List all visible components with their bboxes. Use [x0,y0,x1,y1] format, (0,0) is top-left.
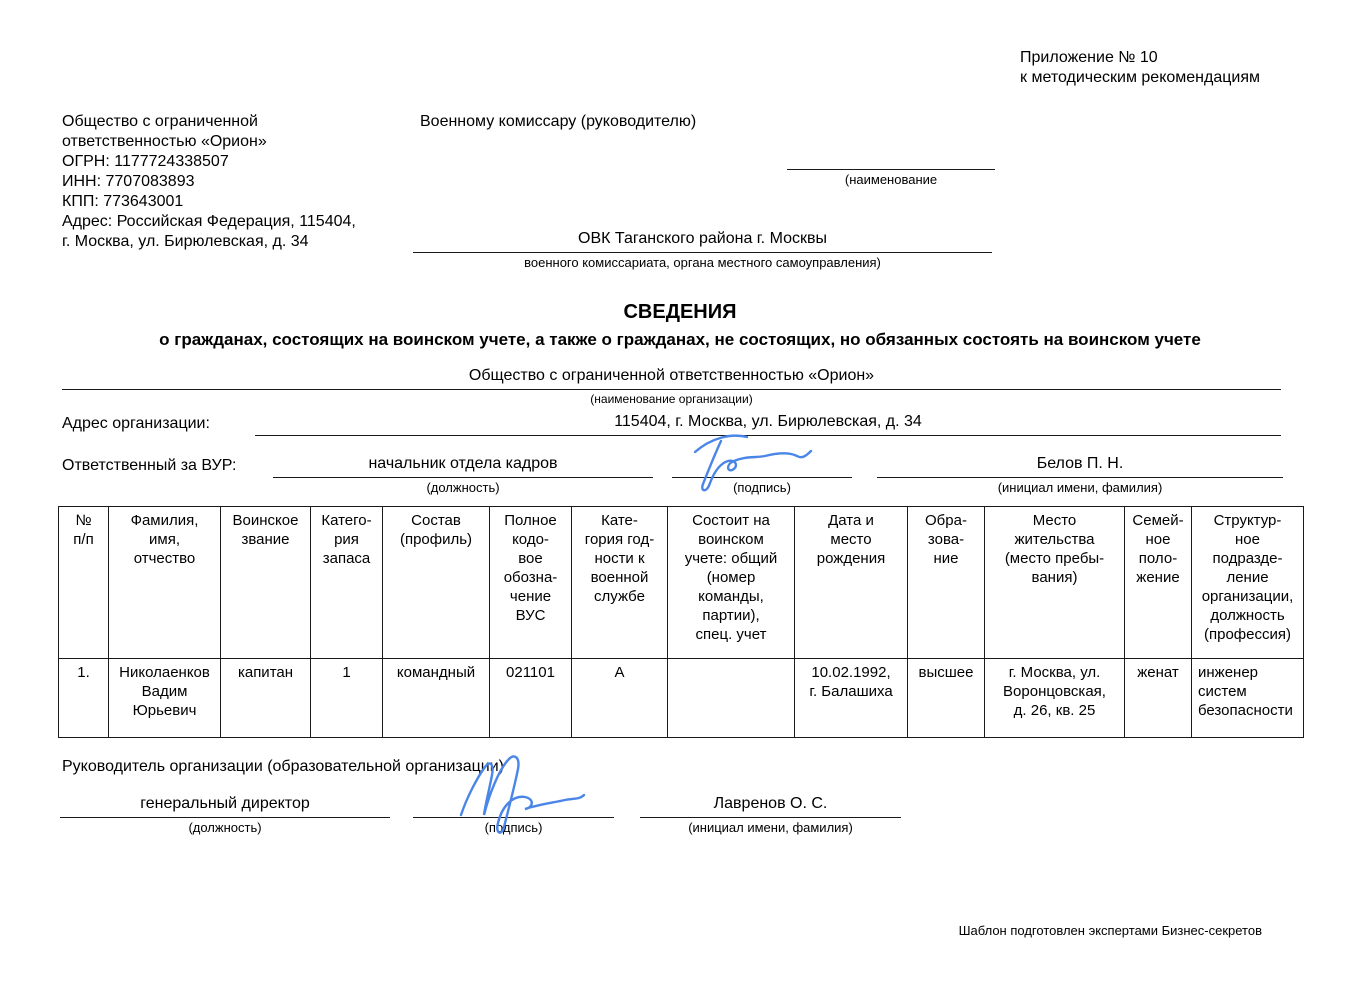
addressee-name-field: (наименование [787,149,995,187]
sender-line: ответственностью «Орион» [62,132,422,152]
col-header-fio: Фамилия, имя, отчество [109,507,221,659]
cell-profile: командный [383,659,490,738]
col-header-marital-status: Семей- ное поло- жение [1125,507,1192,659]
responsible-signature-field: (подпись) [672,454,852,495]
director-label: Руководитель организации (образовательно… [62,757,504,777]
template-credit: Шаблон подготовлен экспертами Бизнес-сек… [900,923,1262,939]
sender-line: Общество с ограниченной [62,112,422,132]
cell-residence: г. Москва, ул. Воронцовская, д. 26, кв. … [985,659,1125,738]
sender-block: Общество с ограниченной ответственностью… [62,112,422,252]
organization-address-label: Адрес организации: [62,414,210,434]
col-header-reserve-category: Катего- рия запаса [311,507,383,659]
sender-line: ОГРН: 1177724338507 [62,152,422,172]
cell-education: высшее [908,659,985,738]
appendix-note: Приложение № 10 к методическим рекоменда… [1020,48,1260,88]
appendix-line2: к методическим рекомендациям [1020,68,1260,88]
cell-vus-code: 021101 [490,659,572,738]
responsible-name-caption: (инициал имени, фамилия) [877,480,1283,495]
col-header-rank: Воинское звание [221,507,311,659]
cell-registration-status [668,659,795,738]
cell-fio: Николаенков Вадим Юрьевич [109,659,221,738]
responsible-name: Белов П. Н. [877,454,1283,478]
col-header-vus-code: Полное кодо- вое обозна- чение ВУС [490,507,572,659]
organization-name-field: Общество с ограниченной ответственностью… [62,366,1281,406]
col-header-number: № п/п [59,507,109,659]
sender-line: КПП: 773643001 [62,192,422,212]
col-header-department: Структур- ное подразде- ление организаци… [1192,507,1304,659]
col-header-fitness-category: Кате- гория год- ности к военной службе [572,507,668,659]
cell-marital-status: женат [1125,659,1192,738]
col-header-profile: Состав (профиль) [383,507,490,659]
director-position-field: генеральный директор (должность) [60,794,390,835]
document-subtitle: о гражданах, состоящих на воинском учете… [0,330,1360,350]
director-name-caption: (инициал имени, фамилия) [640,820,901,835]
addressee-name-blank [787,149,995,170]
col-header-registration-status: Состоит на воинском учете: общий (номер … [668,507,795,659]
col-header-education: Обра- зова- ние [908,507,985,659]
col-header-birth: Дата и место рождения [795,507,908,659]
responsible-position-caption: (должность) [273,480,653,495]
cell-birth: 10.02.1992, г. Балашиха [795,659,908,738]
director-position: генеральный директор [60,794,390,818]
cell-department: инженер систем безопасности [1192,659,1304,738]
organization-name-caption: (наименование организации) [62,392,1281,406]
director-signature-caption: (подпись) [413,820,614,835]
addressee-value: ОВК Таганского района г. Москвы [413,229,992,253]
organization-address-field: 115404, г. Москва, ул. Бирюлевская, д. 3… [255,412,1281,436]
responsible-label: Ответственный за ВУР: [62,456,236,476]
addressee-name-caption: (наименование [787,172,995,187]
cell-number: 1. [59,659,109,738]
appendix-line1: Приложение № 10 [1020,48,1260,68]
addressee-title: Военному комиссару (руководителю) [420,112,696,132]
director-signature-blank [413,794,614,818]
cell-rank: капитан [221,659,311,738]
responsible-name-field: Белов П. Н. (инициал имени, фамилия) [877,454,1283,495]
table-row: 1. Николаенков Вадим Юрьевич капитан 1 к… [59,659,1304,738]
sender-line: г. Москва, ул. Бирюлевская, д. 34 [62,232,422,252]
cell-fitness-category: А [572,659,668,738]
responsible-position-field: начальник отдела кадров (должность) [273,454,653,495]
document-page: Приложение № 10 к методическим рекоменда… [0,0,1360,988]
organization-address-value: 115404, г. Москва, ул. Бирюлевская, д. 3… [255,412,1281,436]
responsible-signature-blank [672,454,852,478]
director-name-field: Лавренов О. С. (инициал имени, фамилия) [640,794,901,835]
addressee-value-field: ОВК Таганского района г. Москвы военного… [413,229,992,270]
director-signature-field: (подпись) [413,794,614,835]
responsible-position: начальник отдела кадров [273,454,653,478]
sender-line: ИНН: 7707083893 [62,172,422,192]
col-header-residence: Место жительства (место пребы- вания) [985,507,1125,659]
organization-name: Общество с ограниченной ответственностью… [62,366,1281,390]
table-header-row: № п/п Фамилия, имя, отчество Воинское зв… [59,507,1304,659]
sender-line: Адрес: Российская Федерация, 115404, [62,212,422,232]
director-name: Лавренов О. С. [640,794,901,818]
addressee-value-caption: военного комиссариата, органа местного с… [413,255,992,270]
cell-reserve-category: 1 [311,659,383,738]
registration-table: № п/п Фамилия, имя, отчество Воинское зв… [58,506,1304,738]
director-position-caption: (должность) [60,820,390,835]
responsible-signature-caption: (подпись) [672,480,852,495]
document-title: СВЕДЕНИЯ [0,301,1360,323]
